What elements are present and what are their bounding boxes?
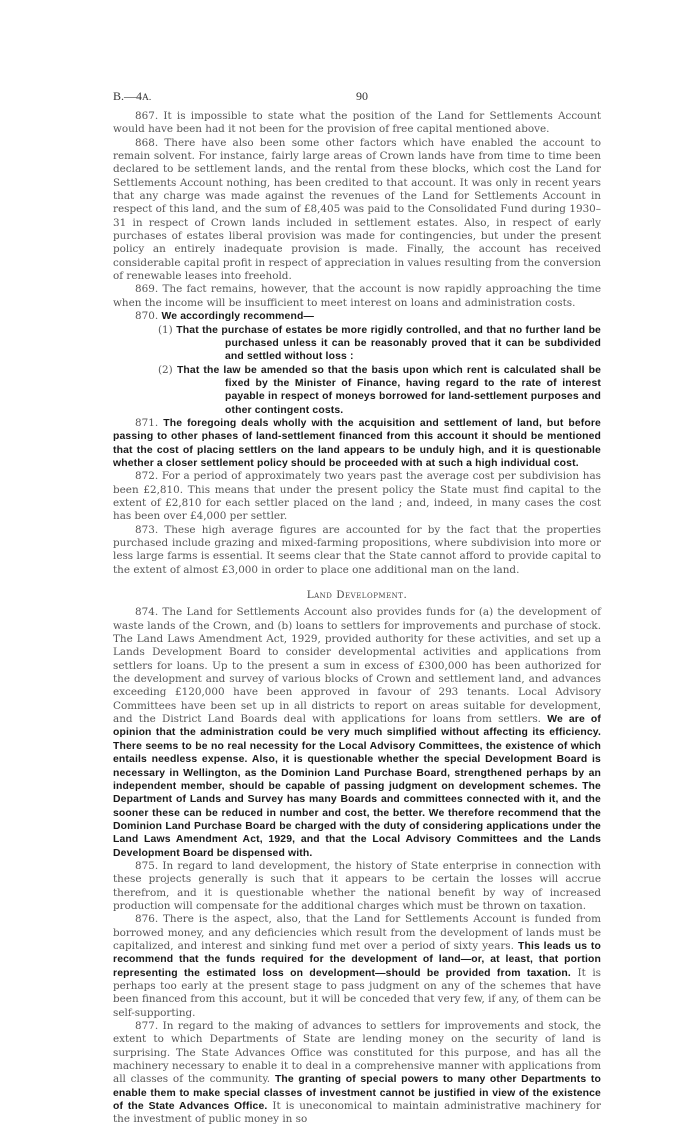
paragraph-text-bold: The foregoing deals wholly with the acqu… — [113, 418, 601, 469]
paragraph-number: 874. — [135, 606, 158, 618]
paragraph-number: 867. — [135, 110, 158, 122]
paragraph-text-bold: We are of opinion that the administratio… — [113, 714, 601, 858]
page-header: B.—4A. 90 — [113, 88, 601, 110]
paragraph-873: 873. These high average figures are acco… — [113, 524, 601, 577]
paragraph-874: 874. The Land for Settlements Account al… — [113, 606, 601, 860]
page-number: 90 — [356, 90, 368, 103]
paragraph-number: 871. — [135, 417, 158, 429]
paragraph-number: 876. — [135, 913, 158, 925]
item-text: That the law be amended so that the basi… — [177, 365, 601, 416]
paragraph-number: 869. — [135, 283, 158, 295]
paragraph-text: The Land for Settlements Account also pr… — [113, 606, 601, 725]
recommendation-item-2: (2) That the law be amended so that the … — [113, 364, 601, 417]
item-number: (2) — [158, 364, 173, 376]
paragraph-867: 867. It is impossible to state what the … — [113, 110, 601, 137]
paragraph-869: 869. The fact remains, however, that the… — [113, 283, 601, 310]
paragraph-872: 872. For a period of approximately two y… — [113, 470, 601, 523]
paragraph-number: 877. — [135, 1020, 158, 1032]
paragraph-876: 876. There is the aspect, also, that the… — [113, 913, 601, 1020]
paragraph-number: 873. — [135, 524, 158, 536]
paragraph-text: These high average figures are accounted… — [113, 524, 601, 576]
paragraph-877: 877. In regard to the making of advances… — [113, 1020, 601, 1127]
paragraph-875: 875. In regard to land development, the … — [113, 860, 601, 913]
paragraph-868: 868. There have also been some other fac… — [113, 137, 601, 284]
paragraph-text: In regard to land development, the histo… — [113, 860, 601, 912]
document-reference: B.—4A. — [113, 90, 151, 105]
paragraph-number: 875. — [135, 860, 158, 872]
paragraph-text: There have also been some other factors … — [113, 137, 601, 282]
paragraph-number: 868. — [135, 137, 158, 149]
recommendation-intro: We accordingly recommend— — [161, 311, 314, 322]
paragraph-number: 870. — [135, 310, 158, 322]
recommendation-item-1: (1) That the purchase of estates be more… — [113, 324, 601, 364]
item-number: (1) — [158, 324, 173, 336]
paragraph-871: 871. The foregoing deals wholly with the… — [113, 417, 601, 470]
paragraph-text: It is impossible to state what the posit… — [113, 110, 601, 135]
paragraph-text: For a period of approximately two years … — [113, 470, 601, 522]
paragraph-870: 870. We accordingly recommend— — [113, 310, 601, 323]
item-text: That the purchase of estates be more rig… — [176, 325, 601, 363]
section-heading: Land Development. — [113, 589, 601, 602]
paragraph-number: 872. — [135, 470, 158, 482]
paragraph-text: The fact remains, however, that the acco… — [113, 283, 601, 308]
document-page: B.—4A. 90 867. It is impossible to state… — [113, 88, 601, 1127]
